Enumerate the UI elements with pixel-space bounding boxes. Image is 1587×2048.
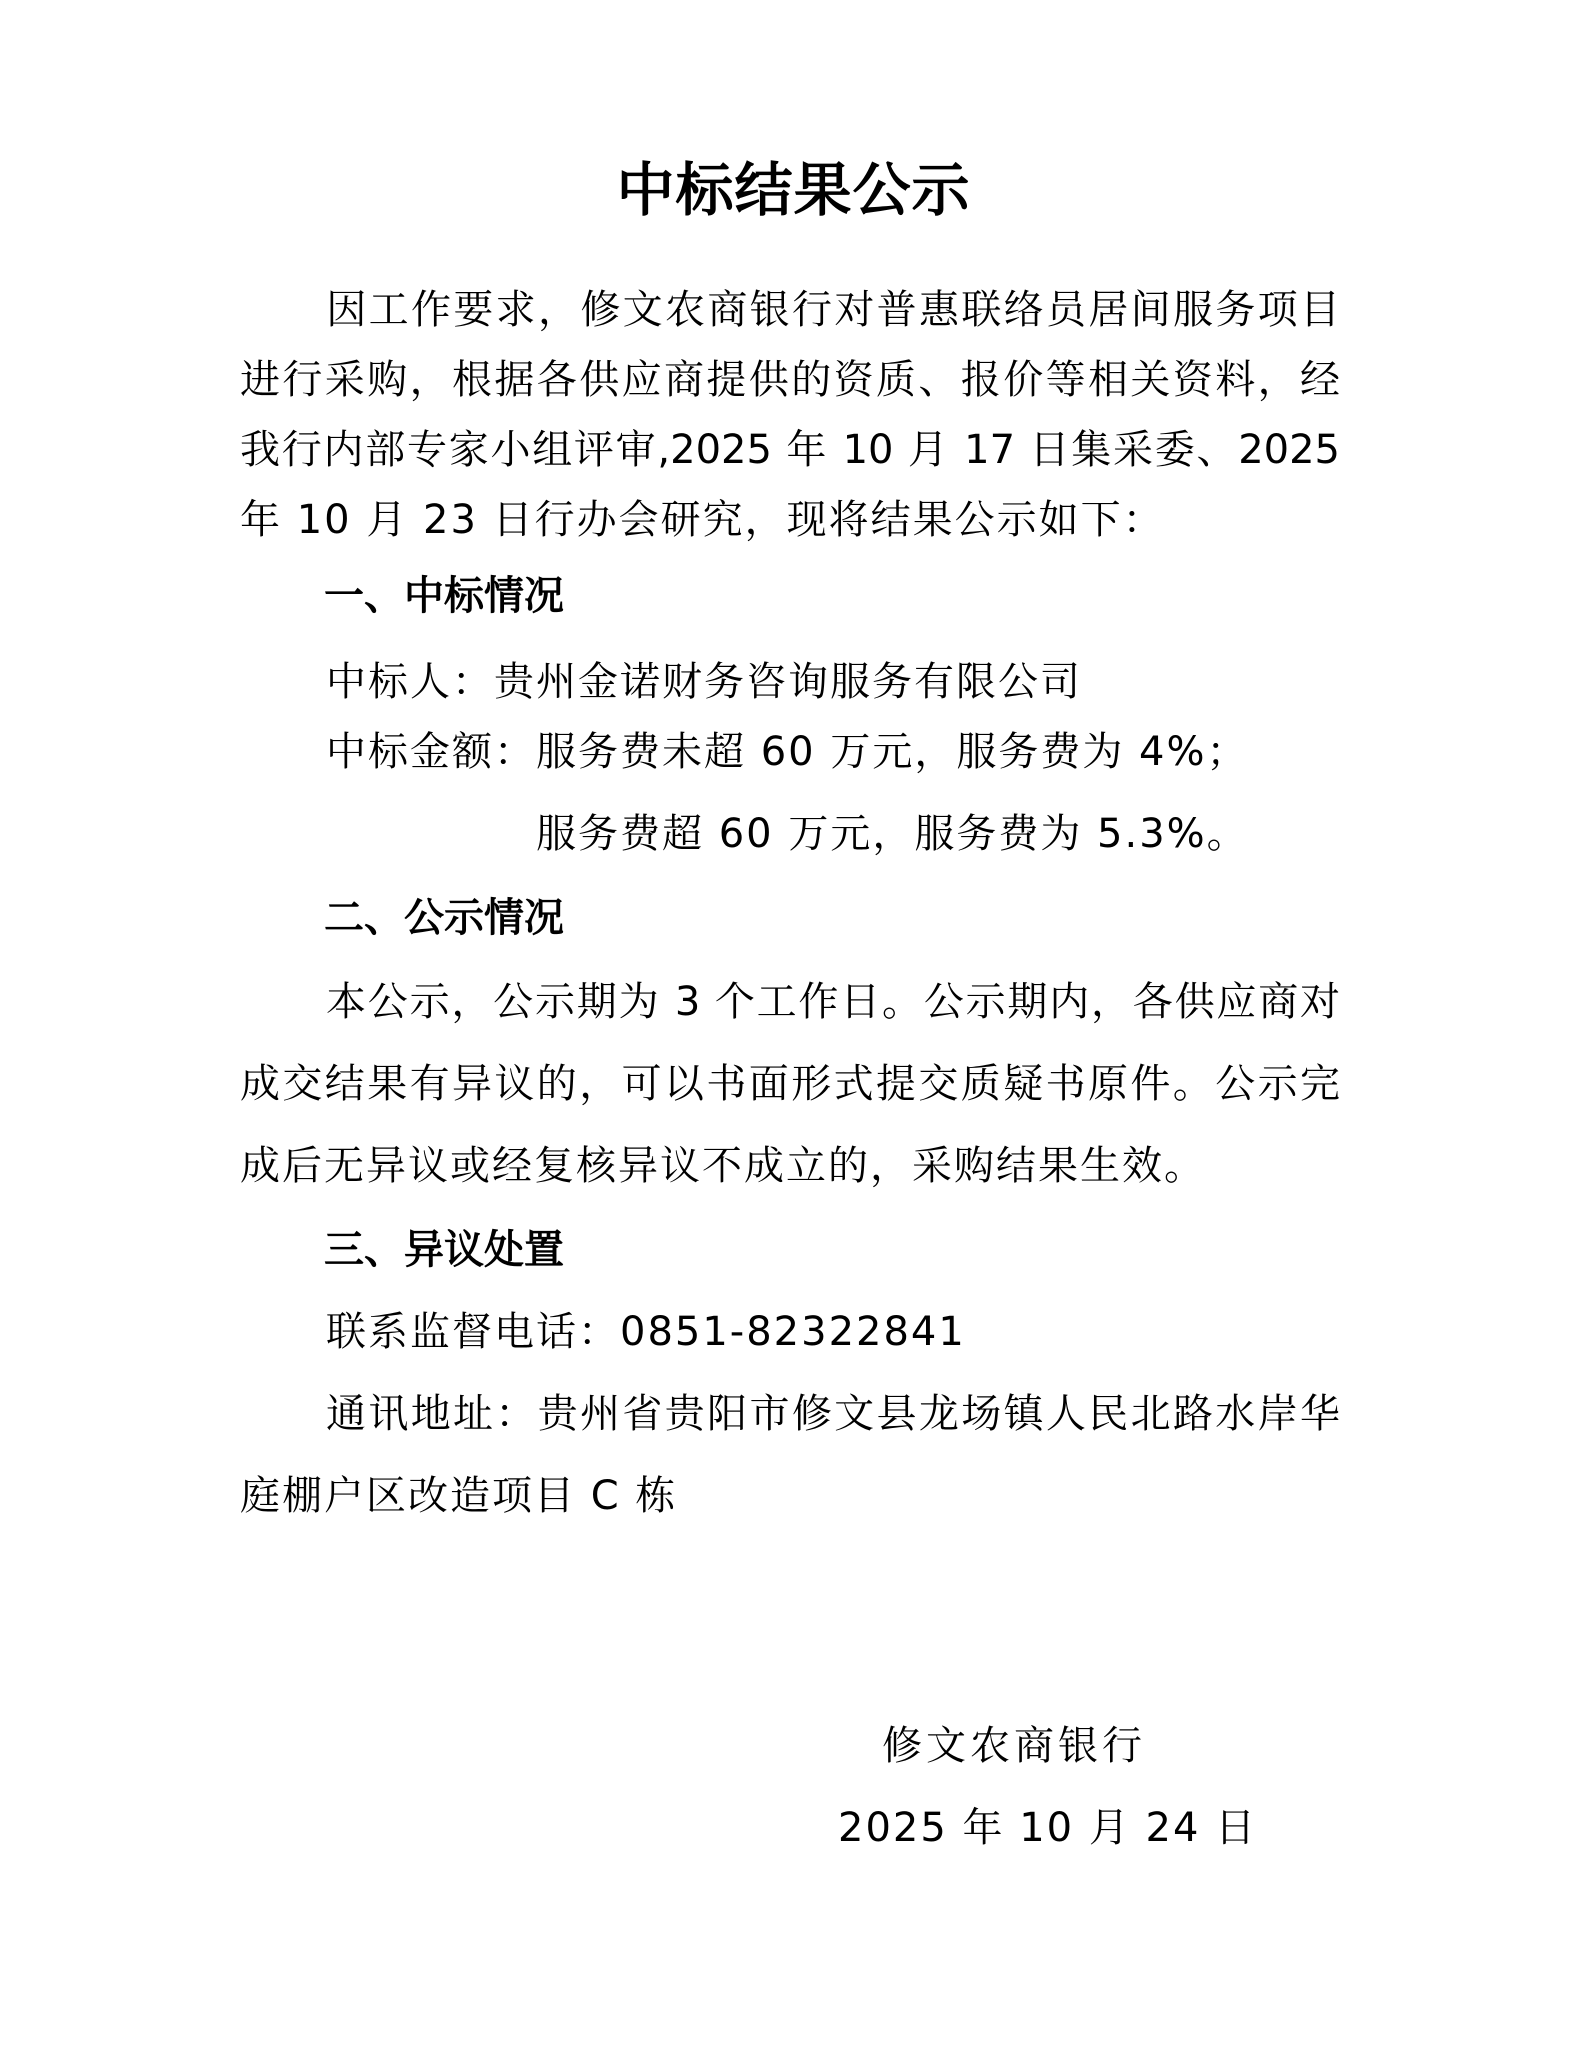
publicity-line-2: 成交结果有异议的，可以书面形式提交质疑书原件。公示完 (240, 1056, 1340, 1112)
intro-line-2: 进行采购，根据各供应商提供的资质、报价等相关资料，经 (240, 352, 1340, 408)
bid-amount-line-2: 服务费超 60 万元，服务费为 5.3%。 (536, 806, 1249, 862)
address-line-1: 通讯地址：贵州省贵阳市修文县龙场镇人民北路水岸华 (326, 1386, 1340, 1442)
intro-line-1: 因工作要求，修文农商银行对普惠联络员居间服务项目 (240, 282, 1340, 338)
supervision-phone-line: 联系监督电话：0851-82322841 (326, 1304, 966, 1360)
section-heading-objection: 三、异议处置 (324, 1222, 564, 1278)
winner-line: 中标人：贵州金诺财务咨询服务有限公司 (326, 654, 1082, 710)
publicity-line-3: 成后无异议或经复核异议不成立的，采购结果生效。 (240, 1138, 1206, 1194)
section-heading-publicity: 二、公示情况 (324, 890, 564, 946)
intro-line-4: 年 10 月 23 日行办会研究，现将结果公示如下： (240, 492, 1165, 548)
intro-text-1: 因工作要求，修文农商银行对普惠联络员居间服务项目 (324, 287, 1340, 333)
section-heading-bid-status: 一、中标情况 (324, 568, 564, 624)
address-line-2: 庭棚户区改造项目 C 栋 (240, 1468, 677, 1524)
intro-line-3: 我行内部专家小组评审,2025 年 10 月 17 日集采委、2025 (240, 422, 1340, 478)
document-page: 中标结果公示 因工作要求，修文农商银行对普惠联络员居间服务项目 进行采购，根据各… (0, 0, 1587, 2048)
publicity-line-1: 本公示，公示期为 3 个工作日。公示期内，各供应商对 (326, 974, 1340, 1030)
page-title: 中标结果公示 (0, 152, 1587, 228)
signature-organization: 修文农商银行 (882, 1718, 1146, 1774)
signature-date: 2025 年 10 月 24 日 (838, 1800, 1257, 1856)
bid-amount-line-1: 中标金额：服务费未超 60 万元，服务费为 4%； (326, 724, 1249, 780)
